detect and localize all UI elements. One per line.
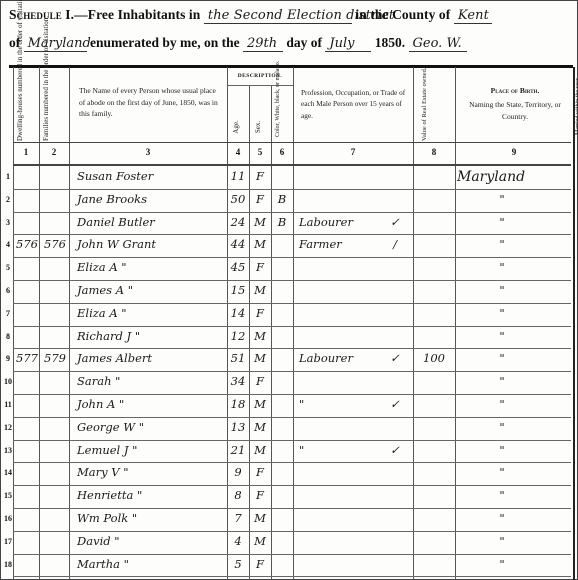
dwelling-number: 577 bbox=[15, 351, 39, 365]
sex: F bbox=[249, 557, 271, 571]
row-number: 17 bbox=[3, 537, 13, 546]
sex: M bbox=[249, 329, 271, 343]
row-rule bbox=[13, 554, 571, 555]
age: 9 bbox=[227, 465, 249, 479]
place-of-birth: " bbox=[457, 511, 547, 525]
col-line-7 bbox=[413, 67, 414, 580]
occupation: Farmer bbox=[299, 237, 379, 251]
person-name: Lemuel J " bbox=[77, 443, 225, 457]
col8-header: Value of Real Estate owned. bbox=[421, 71, 428, 141]
sex: F bbox=[249, 260, 271, 274]
check-mark: ✓ bbox=[381, 215, 409, 229]
place-of-birth: " bbox=[457, 306, 547, 320]
age: 5 bbox=[227, 557, 249, 571]
row-number: 4 bbox=[3, 240, 13, 249]
row-number: 15 bbox=[3, 491, 13, 500]
row-number: 7 bbox=[3, 309, 13, 318]
age: 18 bbox=[227, 397, 249, 411]
age: 24 bbox=[227, 215, 249, 229]
person-name: John A " bbox=[77, 397, 225, 411]
row-rule bbox=[13, 257, 571, 258]
enumeration-line: of Maryland enumerated by me, on the 29t… bbox=[9, 35, 467, 52]
row-rule bbox=[13, 303, 571, 304]
col2-header: Families numbered in the order of visita… bbox=[43, 69, 51, 141]
person-name: John W Grant bbox=[77, 237, 225, 251]
person-name: Jane Brooks bbox=[77, 192, 225, 206]
check-mark: ✓ bbox=[381, 443, 409, 457]
colnum-3: 3 bbox=[69, 147, 227, 157]
description-header: DESCRIPTION. bbox=[227, 73, 293, 79]
sex: M bbox=[249, 215, 271, 229]
row-number: 16 bbox=[3, 514, 13, 523]
sex: M bbox=[249, 283, 271, 297]
person-name: David " bbox=[77, 534, 225, 548]
person-name: Richard J " bbox=[77, 329, 225, 343]
row-rule bbox=[13, 234, 571, 235]
day-field: 29th bbox=[243, 36, 283, 52]
row-number: 2 bbox=[3, 195, 13, 204]
sex: F bbox=[249, 374, 271, 388]
colnum-bottom-rule bbox=[13, 164, 571, 166]
sex: M bbox=[249, 534, 271, 548]
row-number: 14 bbox=[3, 468, 13, 477]
row-number: 8 bbox=[3, 332, 13, 341]
age: 8 bbox=[227, 488, 249, 502]
row-rule bbox=[13, 417, 571, 418]
sex: M bbox=[249, 397, 271, 411]
row-rule bbox=[13, 508, 571, 509]
colnum-4: 4 bbox=[227, 147, 249, 157]
check-mark: / bbox=[381, 237, 409, 251]
day-of-label: day of bbox=[286, 35, 322, 50]
col4-header: Age. bbox=[233, 117, 241, 137]
header-rule bbox=[9, 65, 573, 68]
row-number: 10 bbox=[3, 377, 13, 386]
person-name: Susan Foster bbox=[77, 169, 225, 183]
row-rule bbox=[13, 189, 571, 190]
county-label: in the County of bbox=[355, 7, 450, 22]
row-number: 3 bbox=[3, 218, 13, 227]
age: 13 bbox=[227, 420, 249, 434]
check-mark: ✓ bbox=[381, 397, 409, 411]
row-number: 13 bbox=[3, 446, 13, 455]
row-rule bbox=[13, 348, 571, 349]
sex: M bbox=[249, 237, 271, 251]
col3-header: The Name of every Person whose usual pla… bbox=[79, 85, 219, 120]
occupation: " bbox=[299, 397, 379, 411]
place-of-birth: " bbox=[457, 534, 547, 548]
row-number: 9 bbox=[3, 354, 13, 363]
col9-title: Place of Birth. bbox=[461, 85, 569, 97]
place-of-birth: " bbox=[457, 420, 547, 434]
row-rule bbox=[13, 394, 571, 395]
sex: M bbox=[249, 351, 271, 365]
colnum-5: 5 bbox=[249, 147, 271, 157]
col-line-5 bbox=[271, 85, 272, 580]
year-label: 1850. bbox=[375, 35, 405, 50]
age: 34 bbox=[227, 374, 249, 388]
age: 51 bbox=[227, 351, 249, 365]
row-rule bbox=[13, 371, 571, 372]
age: 44 bbox=[227, 237, 249, 251]
place-of-birth: Maryland bbox=[457, 169, 547, 185]
sex: M bbox=[249, 443, 271, 457]
col-line-0 bbox=[13, 67, 14, 580]
col-line-8 bbox=[455, 67, 456, 580]
person-name: Daniel Butler bbox=[77, 215, 225, 229]
age: 7 bbox=[227, 511, 249, 525]
row-rule bbox=[13, 531, 571, 532]
person-name: James Albert bbox=[77, 351, 225, 365]
colnum-2: 2 bbox=[39, 147, 69, 157]
row-rule bbox=[13, 212, 571, 213]
place-of-birth: " bbox=[457, 329, 547, 343]
place-of-birth: " bbox=[457, 374, 547, 388]
person-name: Wm Polk " bbox=[77, 511, 225, 525]
person-name: Sarah " bbox=[77, 374, 225, 388]
place-of-birth: " bbox=[457, 283, 547, 297]
place-of-birth: " bbox=[457, 465, 547, 479]
occupation: " bbox=[299, 443, 379, 457]
col1-header: Dwelling-houses numbered in the order of… bbox=[17, 69, 25, 141]
row-rule bbox=[13, 576, 571, 577]
colnum-7: 7 bbox=[293, 147, 413, 157]
person-name: Henrietta " bbox=[77, 488, 225, 502]
col5-header: Sex. bbox=[255, 117, 263, 137]
sex: F bbox=[249, 306, 271, 320]
place-of-birth: " bbox=[457, 260, 547, 274]
sex: M bbox=[249, 511, 271, 525]
age: 14 bbox=[227, 306, 249, 320]
place-of-birth: " bbox=[457, 351, 547, 365]
header-bottom-rule bbox=[13, 142, 571, 143]
person-name: James A " bbox=[77, 283, 225, 297]
color: B bbox=[271, 215, 293, 229]
age: 50 bbox=[227, 192, 249, 206]
occupation: Labourer bbox=[299, 215, 379, 229]
schedule-text: —Free Inhabitants in bbox=[74, 7, 200, 22]
dwelling-number: 576 bbox=[15, 237, 39, 251]
row-rule bbox=[13, 326, 571, 327]
month-field: July bbox=[325, 36, 371, 52]
family-number: 576 bbox=[41, 237, 69, 251]
age: 21 bbox=[227, 443, 249, 457]
col-line-3 bbox=[227, 67, 228, 580]
person-name: Eliza A " bbox=[77, 260, 225, 274]
row-number: 12 bbox=[3, 423, 13, 432]
row-rule bbox=[13, 440, 571, 441]
colnum-1: 1 bbox=[13, 147, 39, 157]
age: 11 bbox=[227, 169, 249, 183]
check-mark: ✓ bbox=[381, 351, 409, 365]
row-number: 11 bbox=[3, 400, 13, 409]
sex: F bbox=[249, 169, 271, 183]
sex: F bbox=[249, 192, 271, 206]
person-name: George W " bbox=[77, 420, 225, 434]
sex: F bbox=[249, 488, 271, 502]
state-field: Maryland bbox=[24, 36, 87, 52]
age: 15 bbox=[227, 283, 249, 297]
place-of-birth: " bbox=[457, 397, 547, 411]
colnum-6: 6 bbox=[271, 147, 293, 157]
col-line-1 bbox=[39, 67, 40, 580]
enumerator-field: Geo. W. bbox=[409, 36, 467, 52]
occupation: Labourer bbox=[299, 351, 379, 365]
description-rule bbox=[227, 85, 293, 86]
col-line-6 bbox=[293, 67, 294, 580]
age: 12 bbox=[227, 329, 249, 343]
place-of-birth: " bbox=[457, 443, 547, 457]
row-number: 1 bbox=[3, 172, 13, 181]
row-rule bbox=[13, 280, 571, 281]
schedule-title-line: Schedule I.—Free Inhabitants in the Seco… bbox=[9, 7, 492, 24]
person-name: Mary V " bbox=[77, 465, 225, 479]
age: 45 bbox=[227, 260, 249, 274]
row-rule bbox=[13, 485, 571, 486]
place-of-birth: " bbox=[457, 488, 547, 502]
county-field: Kent bbox=[454, 8, 492, 24]
col-line-9 bbox=[573, 67, 575, 580]
col7-header: Profession, Occupation, or Trade of each… bbox=[301, 87, 409, 121]
place-of-birth: " bbox=[457, 192, 547, 206]
person-name: Martha " bbox=[77, 557, 225, 571]
colnum-9: 9 bbox=[455, 147, 573, 157]
colnum-8: 8 bbox=[413, 147, 455, 157]
col6-header: Color, White, black, or mulatto. bbox=[275, 89, 282, 137]
district-field: the Second Election district bbox=[204, 8, 352, 24]
row-number: 5 bbox=[3, 263, 13, 272]
sex: M bbox=[249, 420, 271, 434]
real-estate-value: 100 bbox=[413, 351, 455, 365]
col9-header: Naming the State, Territory, or Country. bbox=[461, 99, 569, 122]
col-line-2 bbox=[69, 67, 70, 580]
place-of-birth: " bbox=[457, 557, 547, 571]
place-of-birth: " bbox=[457, 215, 547, 229]
person-name: Eliza A " bbox=[77, 306, 225, 320]
census-page: Schedule I.—Free Inhabitants in the Seco… bbox=[0, 0, 578, 580]
row-number: 18 bbox=[3, 560, 13, 569]
color: B bbox=[271, 192, 293, 206]
family-number: 579 bbox=[41, 351, 69, 365]
age: 4 bbox=[227, 534, 249, 548]
enumerated-label: enumerated by me, on the bbox=[90, 35, 240, 50]
row-rule bbox=[13, 462, 571, 463]
row-number: 6 bbox=[3, 286, 13, 295]
place-of-birth: " bbox=[457, 237, 547, 251]
sex: F bbox=[249, 465, 271, 479]
